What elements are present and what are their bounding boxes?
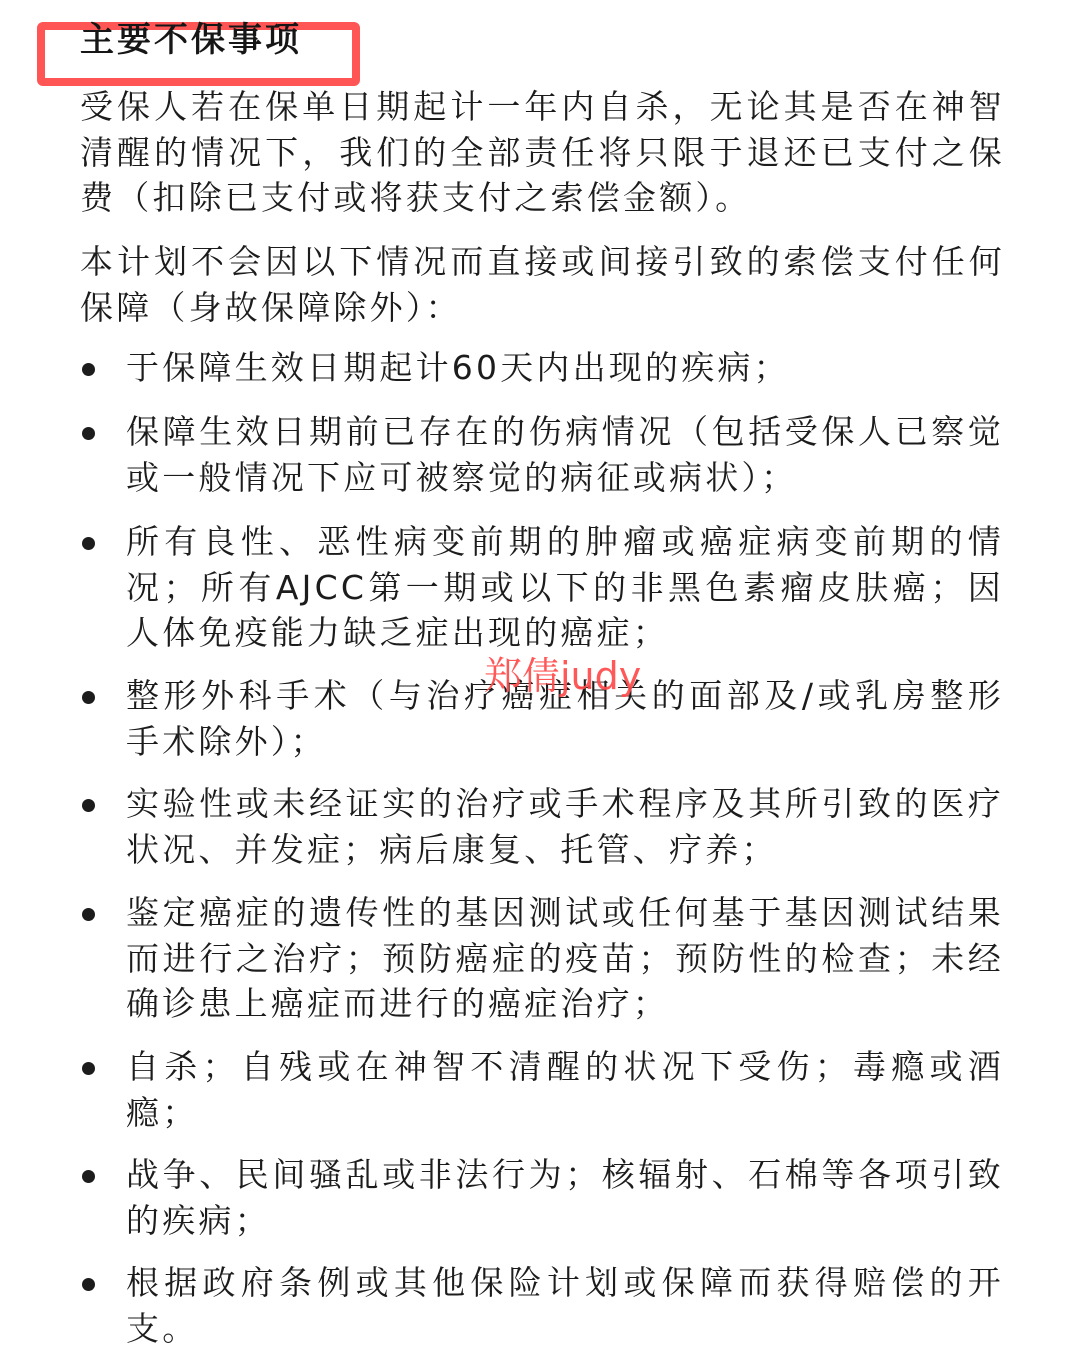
bullet-icon	[82, 1170, 95, 1183]
list-item-text: 于保障生效日期起计60天内出现的疾病；	[126, 345, 1004, 391]
list-item-text: 所有良性、恶性病变前期的肿瘤或癌症病变前期的情况；所有AJCC第一期或以下的非黑…	[126, 519, 1004, 656]
list-item-text: 保障生效日期前已存在的伤病情况（包括受保人已察觉或一般情况下应可被察觉的病征或病…	[126, 409, 1004, 500]
list-item-text: 整形外科手术（与治疗癌症相关的面部及/或乳房整形手术除外）；	[126, 673, 1004, 764]
bullet-icon	[82, 1278, 95, 1291]
bullet-icon	[82, 537, 95, 550]
bullet-icon	[82, 908, 95, 921]
list-item-text: 战争、民间骚乱或非法行为；核辐射、石棉等各项引致的疾病；	[126, 1152, 1004, 1243]
bullet-icon	[82, 363, 95, 376]
list-item-text: 自杀；自残或在神智不清醒的状况下受伤；毒瘾或酒瘾；	[126, 1044, 1004, 1135]
bullet-icon	[82, 691, 95, 704]
bullet-icon	[82, 427, 95, 440]
intro-paragraph-exclusions: 本计划不会因以下情况而直接或间接引致的索偿支付任何保障（身故保障除外）：	[80, 239, 1005, 330]
list-item-text: 鉴定癌症的遗传性的基因测试或任何基于基因测试结果而进行之治疗；预防癌症的疫苗；预…	[126, 890, 1004, 1027]
section-heading: 主要不保事项	[80, 16, 302, 64]
bullet-icon	[82, 799, 95, 812]
intro-paragraph-suicide: 受保人若在保单日期起计一年内自杀，无论其是否在神智清醒的情况下，我们的全部责任将…	[80, 84, 1005, 221]
bullet-icon	[82, 1062, 95, 1075]
list-item-text: 根据政府条例或其他保险计划或保障而获得赔偿的开支。	[126, 1260, 1004, 1351]
list-item-text: 实验性或未经证实的治疗或手术程序及其所引致的医疗状况、并发症；病后康复、托管、疗…	[126, 781, 1004, 872]
